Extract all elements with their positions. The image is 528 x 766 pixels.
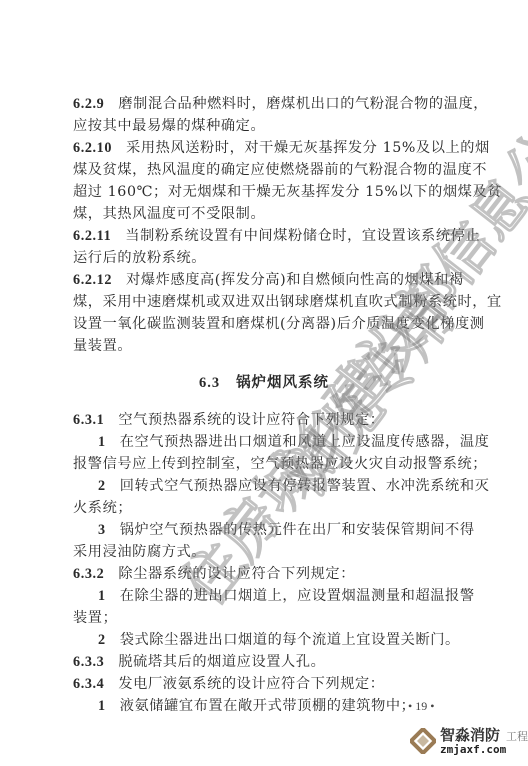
clause-6-3-1-item-3-line-2: 采用浸油防腐方式。	[73, 542, 460, 562]
clause-6-2-10-line-2: 煤及贫煤，热风温度的确定应使燃烧器前的气粉混合物的温度不	[73, 160, 460, 180]
section-heading: 6.3锅炉烟风系统	[0, 373, 528, 393]
clause-6-3-1-item-2-line-2: 火系统；	[73, 498, 460, 518]
logo-domain: zmjaxf.com	[440, 743, 506, 756]
clause-6-3-1-item-2-line-1: 2回转式空气预热器应设有停转报警装置、水冲洗系统和灭	[98, 476, 460, 496]
item-number: 1	[98, 586, 106, 606]
clause-number: 6.3.1	[73, 410, 104, 430]
clause-6-2-11-line-1: 6.2.11当制粉系统设置有中间煤粉储仓时，宜设置该系统停止	[73, 226, 460, 246]
clause-6-3-1: 6.3.1空气预热器系统的设计应符合下列规定：	[73, 410, 460, 430]
clause-number: 6.2.9	[73, 94, 104, 114]
clause-6-2-10-line-3: 超过 160℃；对无烟煤和干燥无灰基挥发分 15%以下的烟煤及贫	[73, 182, 460, 202]
clause-6-3-2-item-2: 2袋式除尘器进出口烟道的每个流道上宜设置关断门。	[98, 630, 460, 650]
clause-6-2-12-line-3: 设置一氧化碳监测装置和磨煤机(分离器)后介质温度变化梯度测	[73, 314, 460, 334]
item-number: 3	[98, 520, 106, 540]
document-page: 6.2.9磨制混合品种燃料时，磨煤机出口的气粉混合物的温度， 应按其中最易爆的煤…	[0, 0, 528, 766]
clause-6-3-1-item-1-line-1: 1在空气预热器进出口烟道和风道上应设温度传感器，温度	[98, 432, 460, 452]
clause-number: 6.2.10	[73, 138, 112, 158]
clause-6-2-9-line-2: 应按其中最易爆的煤种确定。	[73, 116, 460, 136]
clause-6-2-11-line-2: 运行后的放粉系统。	[73, 248, 460, 268]
logo-suffix: 工程	[506, 728, 528, 744]
clause-6-2-10-line-1: 6.2.10采用热风送粉时，对干燥无灰基挥发分 15%及以上的烟	[73, 138, 460, 158]
clause-number: 6.2.11	[73, 226, 111, 246]
clause-6-2-12-line-1: 6.2.12对爆炸感度高(挥发分高)和自燃倾向性高的烟煤和褐	[73, 270, 460, 290]
clause-6-2-10-line-4: 煤，其热风温度可不受限制。	[73, 204, 460, 224]
item-number: 1	[98, 432, 106, 452]
section-number: 6.3	[199, 373, 220, 393]
logo-diamond-icon	[410, 728, 436, 754]
section-title: 锅炉烟风系统	[236, 375, 329, 391]
clause-6-2-9-line-1: 6.2.9磨制混合品种燃料时，磨煤机出口的气粉混合物的温度，	[73, 94, 460, 114]
clause-number: 6.3.4	[73, 674, 104, 694]
site-logo: 智淼消防 工程 zmjaxf.com	[408, 722, 528, 762]
clause-6-2-12-line-4: 量装置。	[73, 336, 460, 356]
clause-6-3-4-item-1: 1液氨储罐宜布置在敞开式带顶棚的建筑物中；	[98, 696, 460, 716]
clause-6-3-2: 6.3.2除尘器系统的设计应符合下列规定：	[73, 564, 460, 584]
clause-6-3-1-item-3-line-1: 3锅炉空气预热器的传热元件在出厂和安装保管期间不得	[98, 520, 460, 540]
clause-number: 6.3.2	[73, 564, 104, 584]
item-number: 2	[98, 476, 106, 496]
logo-name: 智淼消防	[440, 724, 500, 745]
clause-6-3-2-item-1-line-1: 1在除尘器的进出口烟道上，应设置烟温测量和超温报警	[98, 586, 460, 606]
clause-6-3-3: 6.3.3脱硫塔其后的烟道应设置人孔。	[73, 652, 460, 672]
clause-number: 6.2.12	[73, 270, 112, 290]
clause-6-2-12-line-2: 煤，采用中速磨煤机或双进双出钢球磨煤机直吹式制粉系统时，宜	[73, 292, 460, 312]
page-number: • 19 •	[408, 699, 434, 714]
clause-number: 6.3.3	[73, 652, 104, 672]
clause-6-3-1-item-1-line-2: 报警信号应上传到控制室，空气预热器应设火灾自动报警系统；	[73, 454, 460, 474]
clause-6-3-2-item-1-line-2: 装置；	[73, 608, 460, 628]
item-number: 2	[98, 630, 106, 650]
item-number: 1	[98, 696, 106, 716]
clause-6-3-4: 6.3.4发电厂液氨系统的设计应符合下列规定：	[73, 674, 460, 694]
